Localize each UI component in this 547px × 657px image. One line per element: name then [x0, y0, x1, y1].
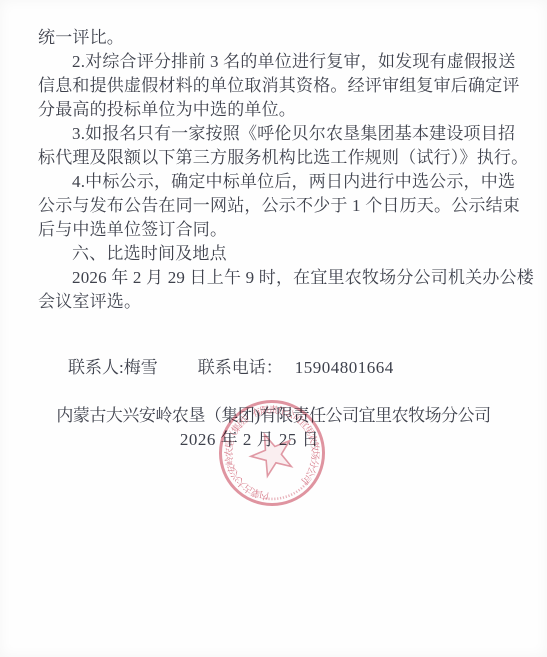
body-line: 4.中标公示，确定中标单位后，两日内进行中选公示，中选	[38, 170, 510, 194]
contact-phone-number: 15904801664	[295, 358, 394, 377]
contact-phone-label: 联系电话：	[198, 358, 283, 377]
body-line: 信息和提供虚假材料的单位取消其资格。经评审组复审后确定评	[38, 74, 510, 98]
body-line: 3.如报名只有一家按照《呼伦贝尔农垦集团基本建设项目招	[38, 122, 510, 146]
contact-row: 联系人:梅雪联系电话：15904801664	[68, 356, 394, 380]
body-line: 2026 年 2 月 29 日上午 9 时，在宜里农牧场分公司机关办公楼	[38, 266, 510, 290]
official-seal: 内蒙古大兴安岭农垦（集团）有限责任公司宜里农牧场分公司	[197, 378, 347, 528]
body-line: 标代理及限额以下第三方服务机构比选工作规则（试行）》执行。	[38, 146, 510, 170]
body-line: 会议室评选。	[38, 290, 510, 314]
body-line: 后与中选单位签订合同。	[38, 218, 510, 242]
body-line: 公示与发布公告在同一网站，公示不少于 1 个日历天。公示结束	[38, 194, 510, 218]
document-page: 统一评比。 2.对综合评分排前 3 名的单位进行复审，如发现有虚假报送 信息和提…	[0, 0, 547, 657]
body-line: 分最高的投标单位为中选的单位。	[38, 98, 510, 122]
seal-serial-marks	[266, 481, 311, 504]
contact-person-name: 梅雪	[124, 358, 158, 377]
body-line: 统一评比。	[38, 26, 510, 50]
body-line: 六、比选时间及地点	[38, 242, 510, 266]
signature-company-name: 内蒙古大兴安岭农垦（集团)有限责任公司宜里农牧场分公司	[0, 404, 547, 428]
signature-date: 2026 年 2 月 25 日	[0, 428, 523, 452]
document-body: 统一评比。 2.对综合评分排前 3 名的单位进行复审，如发现有虚假报送 信息和提…	[38, 26, 510, 314]
body-line: 2.对综合评分排前 3 名的单位进行复审，如发现有虚假报送	[38, 50, 510, 74]
contact-person-label: 联系人:	[68, 358, 124, 377]
